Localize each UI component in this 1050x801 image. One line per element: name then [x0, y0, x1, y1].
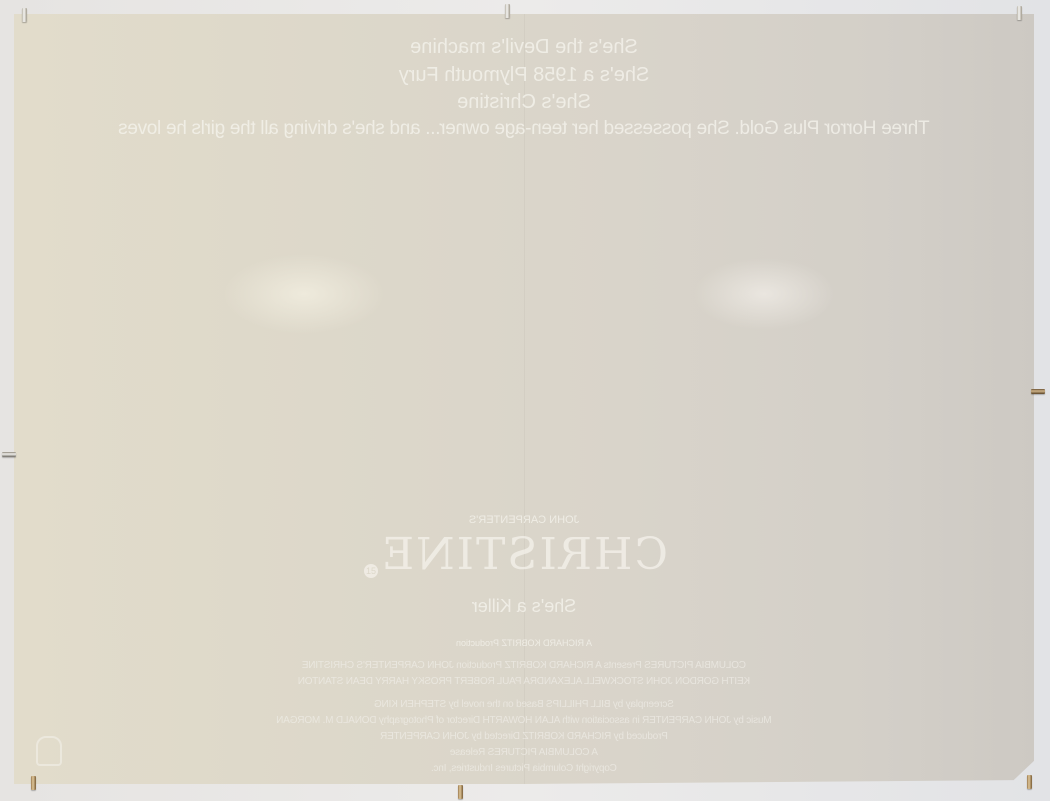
film-title: CHRISTINE — [14, 529, 1034, 580]
credit-line: KEITH GORDON JOHN STOCKWELL ALEXANDRA PA… — [14, 676, 1034, 687]
rating-badge: 15 — [364, 564, 378, 578]
pin-icon — [2, 452, 16, 457]
pin-icon — [505, 4, 510, 18]
poster-sheet: She's the Devil's machine She's a 1958 P… — [14, 14, 1034, 784]
credit-line: Screenplay by BILL PHILLIPS Based on the… — [14, 699, 1034, 710]
credit-line: A COLUMBIA PICTURES Release — [14, 747, 1034, 758]
tagline-2: She's a 1958 Plymouth Fury — [14, 64, 1034, 87]
credit-line: COLUMBIA PICTURES Presents A RICHARD KOB… — [14, 660, 1034, 671]
production-credit: A RICHARD KOBRITZ Production — [14, 638, 1034, 648]
pin-icon — [1017, 6, 1022, 20]
pin-icon — [31, 776, 36, 790]
credit-line: Produced by RICHARD KOBRITZ Directed by … — [14, 731, 1034, 742]
tagline-1: She's the Devil's machine — [14, 36, 1034, 59]
pin-icon — [1031, 389, 1045, 394]
tagline-3: She's Christine — [14, 91, 1034, 114]
credit-line: Music by JOHN CARPENTER in association w… — [14, 715, 1034, 726]
tagline-bottom: She's a Killer — [14, 596, 1034, 617]
presenter-line: JOHN CARPENTER'S — [14, 514, 1034, 526]
pin-icon — [22, 8, 27, 22]
studio-logo-icon — [36, 736, 62, 766]
credit-line: Copyright Columbia Pictures Industries, … — [14, 763, 1034, 774]
pin-icon — [458, 785, 463, 799]
tagline-4: Three Horror Plus Gold. She possessed he… — [14, 118, 1034, 140]
pin-icon — [1027, 775, 1032, 789]
